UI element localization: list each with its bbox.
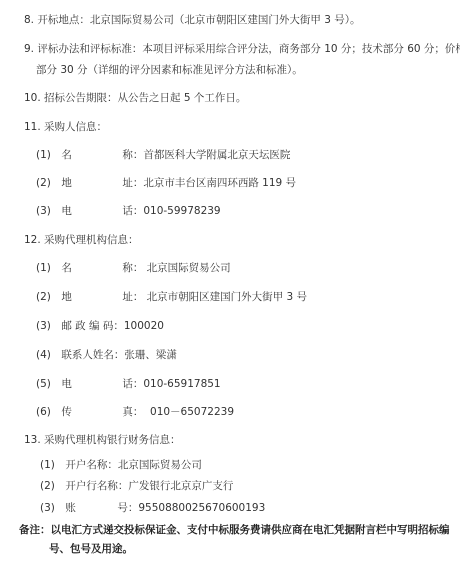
purchaser-address-row: (2) 地址：北京市丰台区南四环西路 119 号 (36, 176, 296, 190)
row-number: (1) (36, 261, 58, 275)
agency-address-value: 北京市朝阳区建国门外大街甲 3 号 (143, 291, 307, 303)
row-number: (2) (36, 290, 58, 304)
label-part-b: 称： (122, 149, 143, 161)
agency-address-row: (2) 地址： 北京市朝阳区建国门外大街甲 3 号 (36, 290, 307, 304)
agency-phone-row: (5) 电话：010-65917851 (36, 377, 221, 391)
row-number: (5) (36, 377, 58, 391)
agency-fax-value: 010－65072239 (143, 406, 234, 418)
bank-account-name-row: (1) 开户名称：北京国际贸易公司 (40, 458, 202, 472)
item-13-heading: 13. 采购代理机构银行财务信息： (24, 433, 181, 447)
account-name-label: 开户名称： (65, 459, 118, 471)
row-number: (2) (40, 479, 62, 493)
row-number: (1) (36, 148, 58, 162)
label-part-a: 名 (61, 148, 122, 162)
bank-name-row: (2) 开户行名称：广发银行北京京广支行 (40, 479, 233, 493)
label-part-a: 地 (61, 176, 122, 190)
item-10-notice-period: 10. 招标公告期限：从公告之日起 5 个工作日。 (24, 91, 246, 105)
agency-name-value: 北京国际贸易公司 (143, 262, 230, 274)
label-part-b: 称： (122, 262, 143, 274)
postcode-label: 邮 政 编 码： (61, 320, 124, 332)
agency-phone-value: 010-65917851 (143, 378, 220, 390)
label-part-a: 电 (61, 204, 122, 218)
label-part-b: 话： (122, 205, 143, 217)
label-part-b: 话： (122, 378, 143, 390)
label-part-b: 真： (122, 406, 143, 418)
agency-name-row: (1) 名称： 北京国际贸易公司 (36, 261, 231, 275)
row-number: (2) (36, 176, 58, 190)
item-8-bid-opening-location: 8. 开标地点：北京国际贸易公司（北京市朝阳区建国门外大街甲 3 号）。 (24, 13, 360, 27)
contact-label: 联系人姓名： (61, 349, 124, 361)
label-part-a: 电 (61, 377, 122, 391)
agency-postcode-value: 100020 (124, 320, 164, 332)
item-12-heading: 12. 采购代理机构信息： (24, 233, 139, 247)
purchaser-name-value: 首都医科大学附属北京天坛医院 (143, 149, 290, 161)
bank-account-name-value: 北京国际贸易公司 (118, 459, 202, 471)
bank-account-number-row: (3) 账号：9550880025670600193 (40, 501, 265, 515)
item-11-heading: 11. 采购人信息： (24, 120, 107, 134)
agency-postcode-row: (3) 邮 政 编 码：100020 (36, 319, 164, 333)
item-9-evaluation-method-line1: 9. 评标办法和评标标准：本项目评标采用综合评分法，商务部分 10 分；技术部分… (24, 42, 460, 56)
row-number: (4) (36, 348, 58, 362)
row-number: (3) (36, 319, 58, 333)
row-number: (3) (36, 204, 58, 218)
agency-contact-row: (4) 联系人姓名：张珊、梁潇 (36, 348, 177, 362)
row-number: (3) (40, 501, 62, 515)
label-part-a: 名 (61, 261, 122, 275)
bank-name-label: 开户行名称： (65, 480, 128, 492)
purchaser-phone-row: (3) 电话：010-59978239 (36, 204, 221, 218)
purchaser-address-value: 北京市丰台区南四环西路 119 号 (143, 177, 296, 189)
row-number: (1) (40, 458, 62, 472)
bank-name-value: 广发银行北京京广支行 (128, 480, 233, 492)
label-part-a: 地 (61, 290, 122, 304)
purchaser-phone-value: 010-59978239 (143, 205, 220, 217)
remark-line2: 号、包号及用途。 (49, 542, 133, 556)
purchaser-name-row: (1) 名称：首都医科大学附属北京天坛医院 (36, 148, 290, 162)
label-part-b: 址： (122, 177, 143, 189)
item-9-evaluation-method-line2: 部分 30 分（详细的评分因素和标准见评分方法和标准）。 (36, 63, 303, 77)
row-number: (6) (36, 405, 58, 419)
agency-contact-value: 张珊、梁潇 (124, 349, 177, 361)
label-part-b: 号： (117, 502, 138, 514)
label-part-b: 址： (122, 291, 143, 303)
bank-account-number-value: 9550880025670600193 (138, 502, 265, 514)
agency-fax-row: (6) 传真： 010－65072239 (36, 405, 234, 419)
remark-line1: 备注：以电汇方式递交投标保证金、支付中标服务费请供应商在电汇凭据附言栏中写明招标… (19, 523, 450, 537)
label-part-a: 传 (61, 405, 122, 419)
label-part-a: 账 (65, 501, 117, 515)
